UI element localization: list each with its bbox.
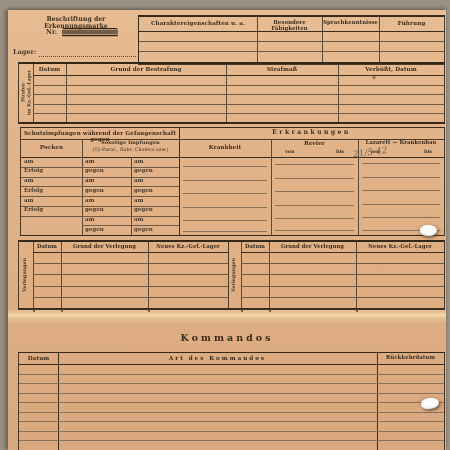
side-label-verlegungen: Verlegungen <box>232 245 238 305</box>
revier-von-label: von <box>285 149 294 155</box>
impf-row-label: am <box>134 217 143 223</box>
impf-row-label: am <box>24 198 33 204</box>
side-label-strafen-line1: Strafen <box>22 83 27 102</box>
side-label-strafen: Strafen im Kz.-Gef.-Lager <box>22 64 33 122</box>
impf-row-label: am <box>24 159 33 165</box>
col-header-revier: Revier <box>271 141 358 147</box>
impf-row-label: gegen <box>134 188 153 194</box>
impf-row-label: gegen <box>134 207 153 213</box>
col-header-krankheit: Krankheit <box>179 145 271 151</box>
impf-row-label: Erfolg <box>24 207 43 213</box>
nr-label: Nr. <box>46 28 57 36</box>
col-header-strafmass: Strafmaß <box>226 67 338 73</box>
nr-redaction-mark <box>62 28 118 38</box>
col-header-neues-lager: Neues Kz.-Gef.-Lager <box>148 245 228 251</box>
revier-bis-label: bis <box>336 149 344 155</box>
record-card: Beschriftung der Erkennungsmarke Nr. Lag… <box>8 10 446 450</box>
impf-row-label: am <box>134 178 143 184</box>
header-erkrankungen: Erkrankungen <box>179 130 444 137</box>
col-header-datum: Datum <box>19 356 58 362</box>
impf-row-label: Erfolg <box>24 168 43 174</box>
scanned-form-page: Beschriftung der Erkennungsmarke Nr. Lag… <box>0 0 450 450</box>
col-header-abilities: Besondere Fähigkeiten <box>257 21 322 33</box>
table-strafen: Strafen im Kz.-Gef.-Lager Datum Grund de… <box>18 62 445 124</box>
impf-row-label: Erfolg <box>24 188 43 194</box>
col-header-grund-verlegung: Grund der Verlegung <box>269 245 356 251</box>
col-header-pocken: Pocken <box>21 145 82 151</box>
impf-row-label: gegen <box>134 168 153 174</box>
impf-row-label: am <box>85 198 94 204</box>
table-verlegungen-left: Verlegungen Datum Grund der Verlegung Ne… <box>18 240 229 310</box>
impf-row-label: am <box>24 178 33 184</box>
table-attributes: Charaktereigenschaften u. a. Besondere F… <box>138 15 445 65</box>
table-kommandos: Datum Art des Kommandos Rückkehrdatum <box>18 352 445 450</box>
lager-blank-line <box>39 48 136 57</box>
col-header-languages: Sprachkenntnisse <box>322 21 379 27</box>
lazarett-bis-label: bis <box>424 149 432 155</box>
impf-row-label: gegen <box>85 188 104 194</box>
table-verlegungen-right: Verlegungen Datum Grund der Verlegung Ne… <box>228 240 445 310</box>
col-header-character: Charaktereigenschaften u. a. <box>141 21 255 27</box>
fold-crease <box>8 309 446 323</box>
col-header-datum: Datum <box>241 245 269 251</box>
col-header-grund-bestrafung: Grund der Bestrafung <box>66 67 226 73</box>
col-header-datum: Datum <box>33 67 66 73</box>
punch-hole-top <box>420 225 437 236</box>
lager-label: Lager: <box>13 48 36 56</box>
col-header-sonstige-line2: (Ty-Parat., Ruhr, Cholera usw.) <box>82 148 179 153</box>
col-header-verbuesst: Verbüßt, Datum <box>338 67 444 73</box>
kommandos-title: Kommandos <box>8 334 446 344</box>
col-header-lazarett: Lazarett — Krankenbau <box>358 141 444 147</box>
impf-row-label: gegen <box>134 227 153 233</box>
col-header-art-des-kommandos: Art des Kommandos <box>58 356 377 362</box>
impf-row-label: am <box>134 159 143 165</box>
impf-row-label: am <box>134 198 143 204</box>
pencil-asterisk-mark: * <box>372 75 376 84</box>
col-header-neues-lager: Neues Kz.-Gef.-Lager <box>356 245 444 251</box>
col-header-rueckkehrdatum: Rückkehrdatum <box>377 356 444 362</box>
impf-row-label: am <box>85 159 94 165</box>
impf-row-label: am <box>85 178 94 184</box>
col-header-conduct: Führung <box>379 21 444 27</box>
side-label-strafen-line2: im Kz.-Gef.-Lager <box>27 70 32 115</box>
impf-row-label: gegen <box>85 207 104 213</box>
impf-row-label: am <box>85 217 94 223</box>
side-label-verlegungen: Verlegungen <box>23 245 29 305</box>
col-header-grund-verlegung: Grund der Verlegung <box>61 245 148 251</box>
impf-row-label: gegen <box>85 168 104 174</box>
col-header-sonstige-line1: Sonstige Impfungen <box>82 141 179 147</box>
table-impfungen-erkrankungen: Schutzimpfungen während der Gefangenscha… <box>20 127 445 236</box>
impf-row-label: gegen <box>85 227 104 233</box>
col-header-datum: Datum <box>33 245 61 251</box>
revier-von-bis: von bis <box>271 149 358 155</box>
